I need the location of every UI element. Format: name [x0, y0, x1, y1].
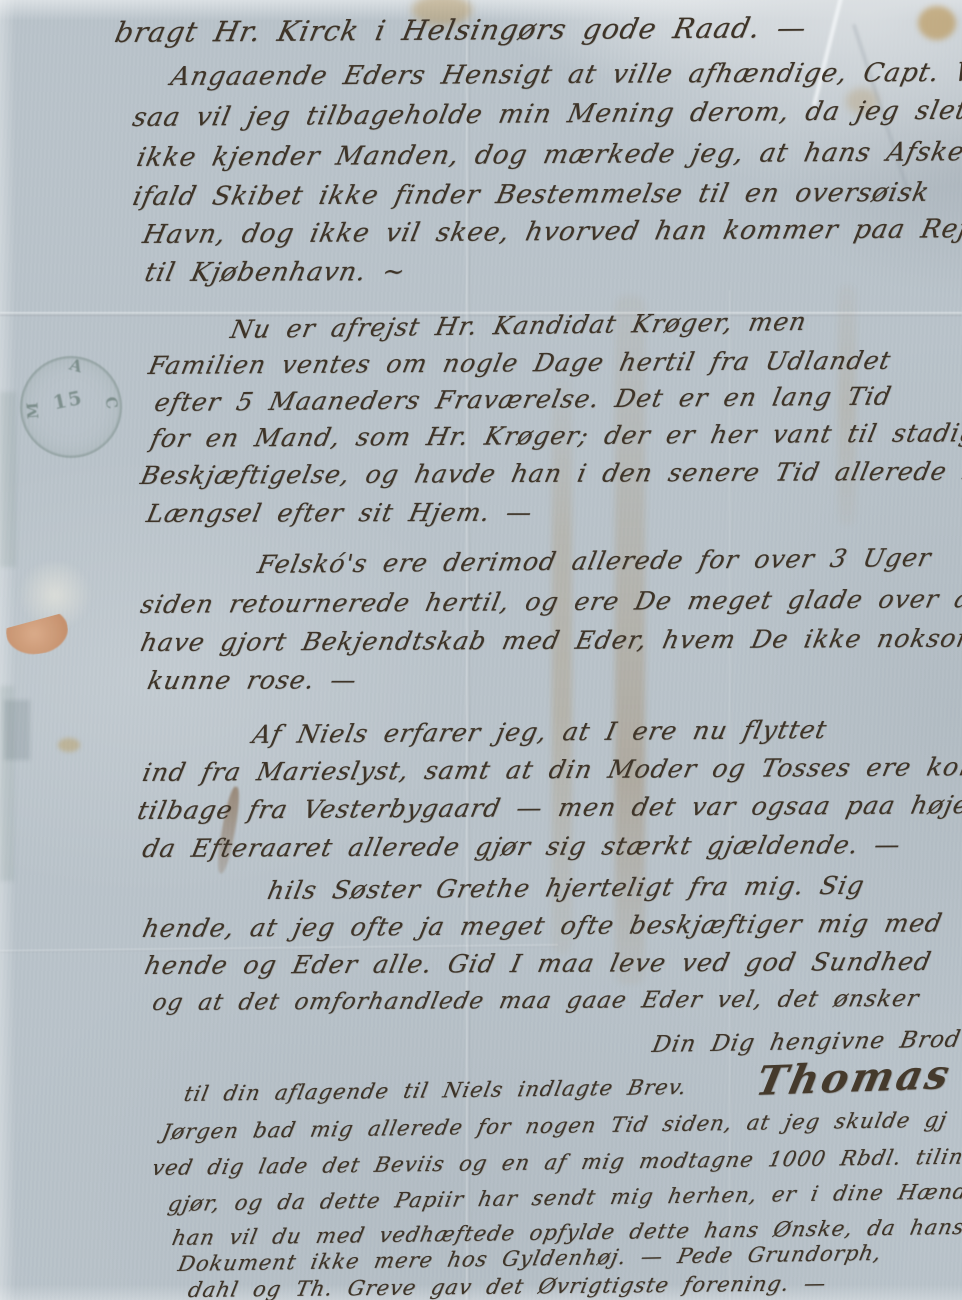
stain-top-right-corner — [918, 6, 956, 40]
showthrough-left-upper — [0, 392, 16, 567]
letter-line: Angaaende Eders Hensigt at ville afhændi… — [168, 58, 962, 92]
postmark-date: 15 — [52, 387, 86, 415]
letter-line: da Efteraaret allerede gjør sig stærkt g… — [140, 830, 904, 863]
letter-line: Beskjæftigelse, og havde han i den sener… — [138, 456, 962, 490]
showthrough-left-lower — [0, 686, 14, 881]
letter-line: Nu er afrejst Hr. Kandidat Krøger, men — [228, 307, 809, 344]
letter-line: Af Niels erfarer jeg, at I ere nu flytte… — [250, 715, 830, 749]
letter-line: Felskó's ere derimod allerede for over 3… — [255, 543, 934, 579]
letter-line: have gjort Bekjendtskab med Eder, hvem D… — [138, 624, 962, 657]
letter-line: Familien ventes om nogle Dage hertil fra… — [146, 346, 894, 380]
letter-line: bragt Hr. Kirck i Helsingørs gode Raad. … — [112, 11, 810, 49]
letter-line: tilbage fra Vesterbygaard — men det var … — [135, 790, 962, 825]
letter-line: ind fra Marieslyst, samt at din Moder og… — [140, 752, 962, 787]
letter-line: Jørgen bad mig allerede for nogen Tid si… — [160, 1108, 949, 1144]
postmark-letter-top: A — [67, 355, 84, 377]
letter-line: til Kjøbenhavn. ~ — [142, 257, 409, 288]
letter-paper: A C M 15 bragt Hr. Kirck i Helsingørs go… — [0, 0, 962, 1300]
letter-line: hende og Eder alle. Gid I maa leve ved g… — [142, 947, 934, 980]
letter-line: Havn, dog ikke vil skee, hvorved han kom… — [140, 214, 962, 250]
letter-line: for en Mand, som Hr. Krøger; der er her … — [148, 418, 962, 453]
postmark-stamp: A C M 15 — [8, 344, 134, 470]
letter-line: til din aflagende til Niels indlagte Bre… — [182, 1075, 689, 1106]
wrinkle-top-center — [812, 0, 844, 106]
stain-small-left — [58, 738, 80, 752]
letter-line: ifald Skibet ikke finder Bestemmelse til… — [130, 178, 932, 212]
letter-line: ikke kjender Manden, dog mærkede jeg, at… — [134, 137, 962, 173]
postmark-letter-left: M — [23, 402, 42, 420]
letter-line: efter 5 Maaneders Fraværelse. Det er en … — [152, 382, 894, 417]
letter-line: hende, at jeg ofte ja meget ofte beskjæf… — [140, 908, 945, 943]
letter-line: siden retournerede hertil, og ere De meg… — [138, 584, 962, 619]
showthrough-left-mark — [4, 700, 30, 760]
letter-line: ved dig lade det Beviis og en af mig mod… — [150, 1144, 962, 1180]
postmark-letter-right: C — [101, 395, 121, 410]
signature: Thomas — [752, 1051, 956, 1105]
letter-line: og at det omforhandlede maa gaae Eder ve… — [150, 986, 922, 1016]
letter-line: dahl og Th. Greve gav det Øvrigtigste fo… — [186, 1271, 829, 1300]
letter-line: Længsel efter sit Hjem. — — [144, 498, 535, 528]
letter-line: saa vil jeg tilbageholde min Mening dero… — [130, 96, 962, 133]
letter-line: gjør, og da dette Papiir har sendt mig h… — [166, 1179, 962, 1216]
letter-line: hils Søster Grethe hjerteligt fra mig. S… — [265, 871, 867, 905]
letter-line: kunne rose. — — [145, 665, 360, 695]
